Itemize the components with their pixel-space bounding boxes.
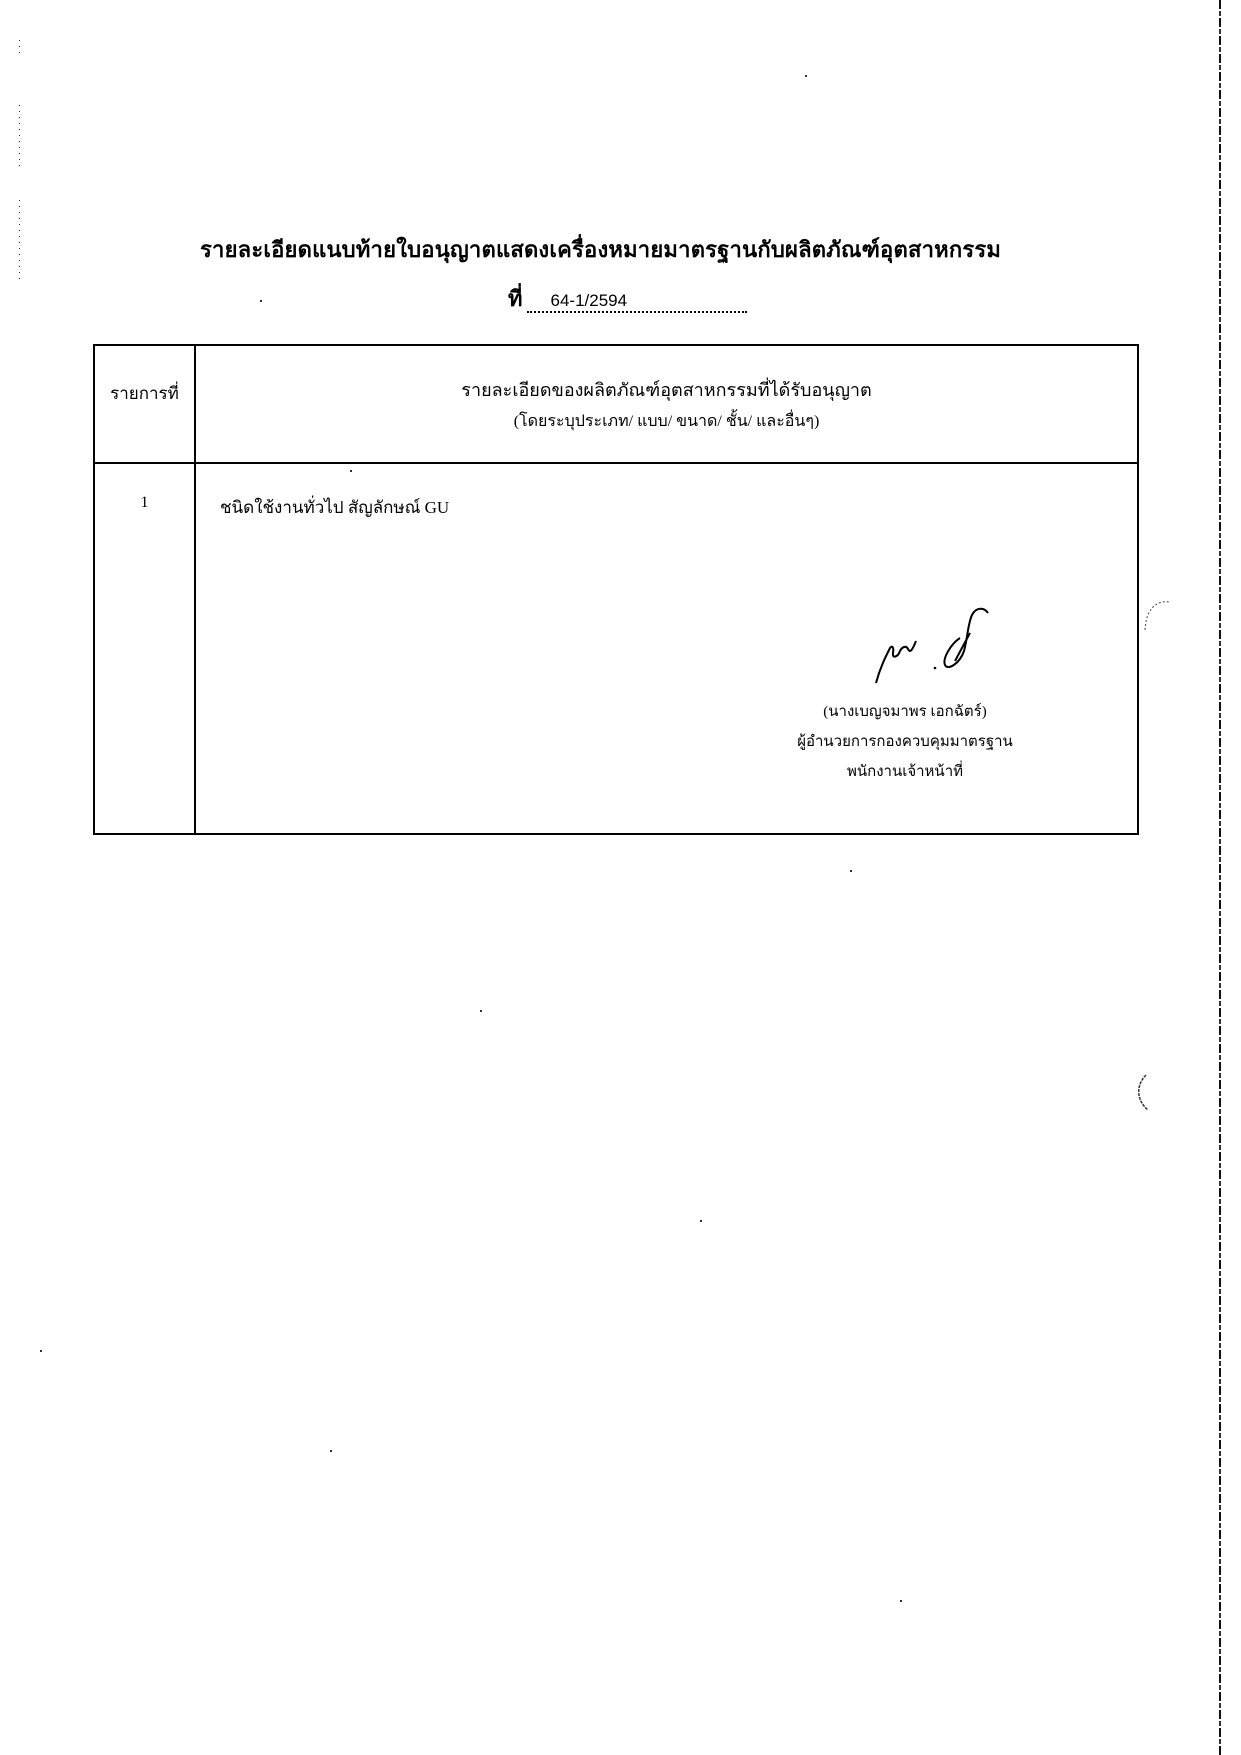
- signatory-position: ผู้อำนวยการกองควบคุมมาตรฐาน: [770, 727, 1040, 757]
- scan-artifact: [40, 1350, 42, 1352]
- row-description: ชนิดใช้งานทั่วไป สัญลักษณ์ GU: [220, 494, 449, 521]
- scan-artifact: [19, 105, 20, 170]
- scan-artifact: [260, 300, 262, 302]
- table-header-row: รายการที่ รายละเอียดของผลิตภัณฑ์อุตสาหกร…: [94, 345, 1138, 463]
- scan-artifact: [700, 1220, 702, 1222]
- signature-icon: [860, 603, 1010, 693]
- scan-artifact: [850, 870, 852, 872]
- license-number-label: ที่: [508, 287, 523, 313]
- license-number-value: 64-1/2594: [527, 291, 747, 313]
- header-item-no: รายการที่: [94, 345, 195, 463]
- scan-artifact: [900, 1600, 902, 1602]
- scan-artifact: [19, 200, 20, 280]
- scan-artifact: [805, 75, 807, 77]
- document-title: รายละเอียดแนบท้ายใบอนุญาตแสดงเครื่องหมาย…: [200, 232, 1035, 267]
- signatory-name: (นางเบญจมาพร เอกฉัตร์): [770, 697, 1040, 727]
- scan-artifact: [350, 470, 352, 472]
- header-description-note: (โดยระบุประเภท/ แบบ/ ขนาด/ ชั้น/ และอื่น…: [196, 408, 1137, 436]
- license-number-line: ที่ 64-1/2594: [508, 283, 747, 313]
- scanned-page-edge: [1219, 0, 1221, 1755]
- scan-artifact: [19, 40, 20, 58]
- signatory-role: พนักงานเจ้าหน้าที่: [770, 757, 1040, 787]
- scan-artifact: [480, 1010, 482, 1012]
- header-description-title: รายละเอียดของผลิตภัณฑ์อุตสาหกรรมที่ได้รั…: [196, 372, 1137, 408]
- scan-artifact: [330, 1450, 332, 1452]
- scan-artifact: [1130, 1070, 1170, 1120]
- scan-artifact: [1140, 590, 1190, 640]
- row-item-no: 1: [94, 463, 195, 834]
- header-description: รายละเอียดของผลิตภัณฑ์อุตสาหกรรมที่ได้รั…: [195, 345, 1138, 463]
- signatory-block: (นางเบญจมาพร เอกฉัตร์) ผู้อำนวยการกองควบ…: [770, 697, 1040, 787]
